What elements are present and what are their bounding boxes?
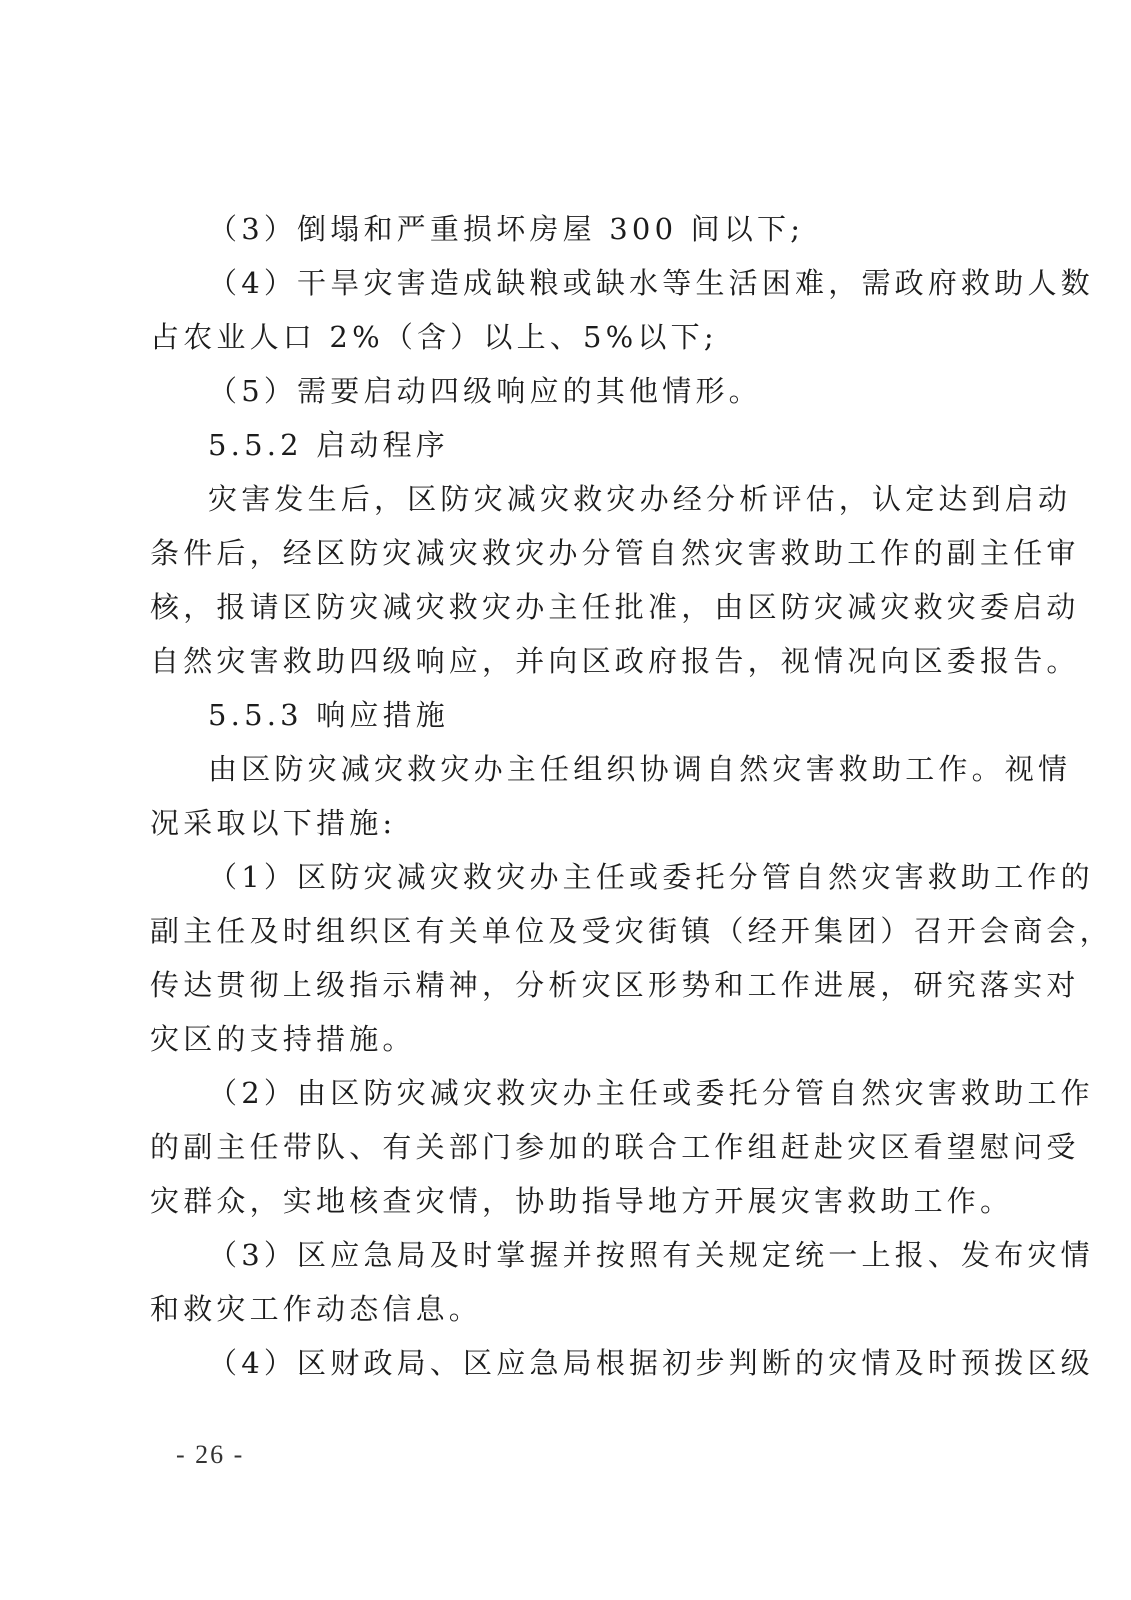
- measure-item-1: 灾区的支持措施。: [150, 1012, 972, 1066]
- document-page: （3）倒塌和严重损坏房屋 300 间以下; （4）干旱灾害造成缺粮或缺水等生活困…: [0, 0, 1131, 1600]
- paragraph-line: 况采取以下措施:: [150, 796, 972, 850]
- list-item-4-line-2: 占农业人口 2%（含）以上、5%以下;: [150, 310, 972, 364]
- measure-item-1: 副主任及时组织区有关单位及受灾街镇（经开集团）召开会商会，: [150, 904, 972, 958]
- paragraph-line: 核，报请区防灾减灾救灾办主任批准，由区防灾减灾救灾委启动: [150, 580, 972, 634]
- paragraph-line: 自然灾害救助四级响应，并向区政府报告，视情况向区委报告。: [150, 634, 972, 688]
- list-item-4-line-1: （4）干旱灾害造成缺粮或缺水等生活困难，需政府救助人数: [208, 256, 972, 310]
- paragraph-line: 灾害发生后，区防灾减灾救灾办经分析评估，认定达到启动: [208, 472, 972, 526]
- section-heading-5-5-2: 5.5.2 启动程序: [208, 418, 972, 472]
- section-heading-5-5-3: 5.5.3 响应措施: [208, 688, 972, 742]
- measure-item-2: 灾群众，实地核查灾情，协助指导地方开展灾害救助工作。: [150, 1174, 972, 1228]
- list-item-5: （5）需要启动四级响应的其他情形。: [208, 364, 972, 418]
- measure-item-1: （1）区防灾减灾救灾办主任或委托分管自然灾害救助工作的: [208, 850, 972, 904]
- list-item-3: （3）倒塌和严重损坏房屋 300 间以下;: [208, 202, 972, 256]
- measure-item-1: 传达贯彻上级指示精神，分析灾区形势和工作进展，研究落实对: [150, 958, 972, 1012]
- measure-item-3: 和救灾工作动态信息。: [150, 1282, 972, 1336]
- measure-item-3: （3）区应急局及时掌握并按照有关规定统一上报、发布灾情: [208, 1228, 972, 1282]
- measure-item-2: （2）由区防灾减灾救灾办主任或委托分管自然灾害救助工作: [208, 1066, 972, 1120]
- paragraph-line: 由区防灾减灾救灾办主任组织协调自然灾害救助工作。视情: [208, 742, 972, 796]
- paragraph-line: 条件后，经区防灾减灾救灾办分管自然灾害救助工作的副主任审: [150, 526, 972, 580]
- measure-item-4: （4）区财政局、区应急局根据初步判断的灾情及时预拨区级: [208, 1336, 972, 1390]
- measure-item-2: 的副主任带队、有关部门参加的联合工作组赶赴灾区看望慰问受: [150, 1120, 972, 1174]
- page-number: - 26 -: [176, 1440, 244, 1470]
